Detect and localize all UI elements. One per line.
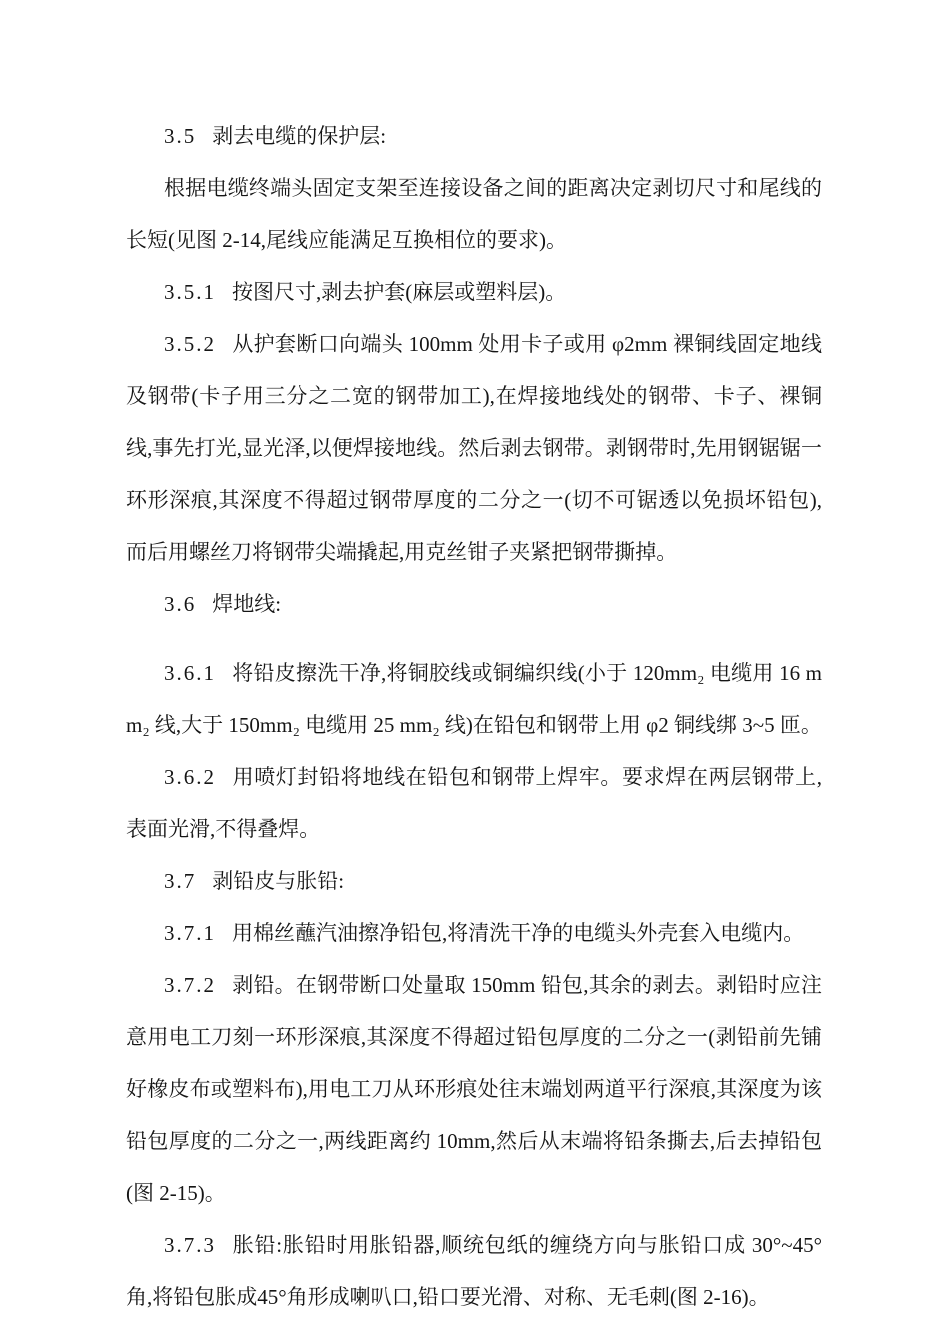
clause-number: 3.6.2	[164, 765, 216, 789]
clause-text: 剥铅。在钢带断口处量取 150mm 铅包,其余的剥去。剥铅时应注意用电工刀刻一环…	[126, 973, 822, 1205]
clause-3-5-1: 3.5.1按图尺寸,剥去护套(麻层或塑料层)。	[126, 266, 822, 318]
clause-number: 3.6	[164, 592, 196, 616]
clause-3-5-2: 3.5.2从护套断口向端头 100mm 处用卡子或用 φ2mm 裸铜线固定地线及…	[126, 318, 822, 578]
clause-number: 3.7	[164, 869, 196, 893]
clause-3-7-2: 3.7.2剥铅。在钢带断口处量取 150mm 铅包,其余的剥去。剥铅时应注意用电…	[126, 959, 822, 1219]
paragraph-text: 根据电缆终端头固定支架至连接设备之间的距离决定剥切尺寸和尾线的长短(见图 2-1…	[126, 176, 822, 252]
clause-text: 用喷灯封铅将地线在铅包和钢带上焊牢。要求焊在两层钢带上,表面光滑,不得叠焊。	[126, 765, 822, 841]
clause-number: 3.7.1	[164, 921, 216, 945]
clause-text: 剥铅皮与胀铅:	[212, 869, 344, 893]
clause-text: 焊地线:	[212, 592, 281, 616]
clause-text: 从护套断口向端头 100mm 处用卡子或用 φ2mm 裸铜线固定地线及钢带(卡子…	[126, 332, 822, 564]
section-heading-3-7: 3.7剥铅皮与胀铅:	[126, 855, 822, 907]
clause-text: 按图尺寸,剥去护套(麻层或塑料层)。	[232, 280, 566, 304]
clause-3-7-1: 3.7.1用棉丝蘸汽油擦净铅包,将清洗干净的电缆头外壳套入电缆内。	[126, 907, 822, 959]
clause-number: 3.5.2	[164, 332, 216, 356]
clause-number: 3.7.3	[164, 1233, 216, 1257]
section-heading-3-5: 3.5剥去电缆的保护层:	[126, 110, 822, 162]
clause-3-7-3: 3.7.3胀铅:胀铅时用胀铅器,顺统包纸的缠绕方向与胀铅口成 30°~45°角,…	[126, 1219, 822, 1323]
clause-number: 3.6.1	[164, 661, 216, 685]
clause-text: 胀铅:胀铅时用胀铅器,顺统包纸的缠绕方向与胀铅口成 30°~45°角,将铅包胀成…	[126, 1233, 822, 1309]
clause-number: 3.5	[164, 124, 196, 148]
clause-text: 剥去电缆的保护层:	[212, 124, 386, 148]
clause-text: 将铅皮擦洗干净,将铜胶线或铜编织线(小于 120mm₂ 电缆用 16 mm₂ 线…	[126, 661, 822, 737]
intro-paragraph: 根据电缆终端头固定支架至连接设备之间的距离决定剥切尺寸和尾线的长短(见图 2-1…	[126, 162, 822, 266]
clause-text: 用棉丝蘸汽油擦净铅包,将清洗干净的电缆头外壳套入电缆内。	[232, 921, 804, 945]
section-heading-3-6: 3.6焊地线:	[126, 578, 822, 630]
document-page: 3.5剥去电缆的保护层: 根据电缆终端头固定支架至连接设备之间的距离决定剥切尺寸…	[0, 0, 950, 1344]
clause-3-6-2: 3.6.2用喷灯封铅将地线在铅包和钢带上焊牢。要求焊在两层钢带上,表面光滑,不得…	[126, 751, 822, 855]
clause-3-6-1: 3.6.1将铅皮擦洗干净,将铜胶线或铜编织线(小于 120mm₂ 电缆用 16 …	[126, 647, 822, 751]
clause-number: 3.7.2	[164, 973, 216, 997]
clause-number: 3.5.1	[164, 280, 216, 304]
